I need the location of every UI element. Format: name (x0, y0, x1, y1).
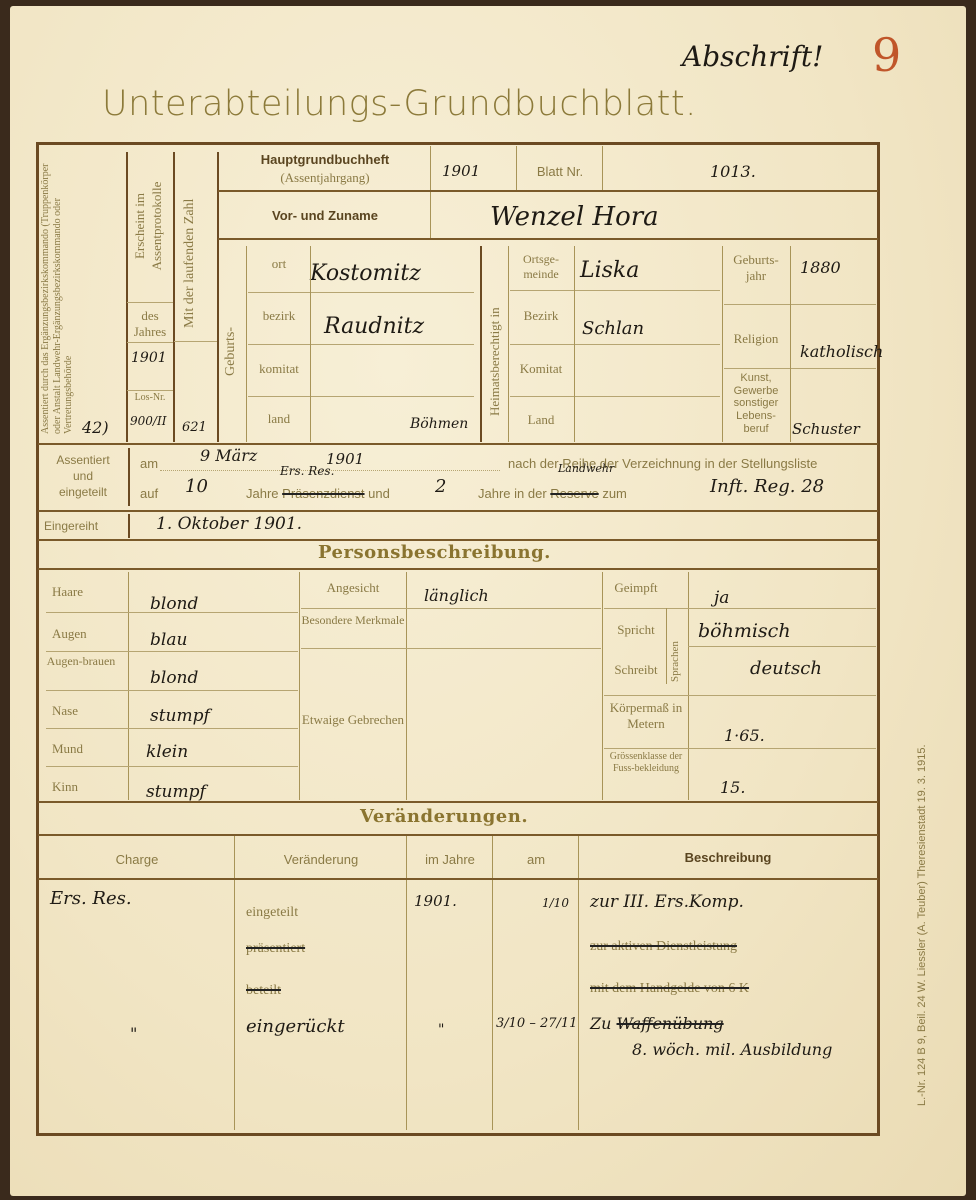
row4-charge: " (130, 1024, 137, 1043)
geburtskomitat-label: komitat (248, 361, 310, 377)
augenbrauen-label: Augen-brauen (46, 654, 116, 669)
am-value: 9 März (200, 446, 257, 465)
laufende-zahl-label: Mit der laufenden Zahl (182, 199, 198, 328)
rule (127, 342, 173, 343)
divider (666, 608, 667, 684)
rule (38, 443, 878, 445)
eingereiht-value: 1. Oktober 1901. (156, 514, 302, 534)
koerpermass-label: Körpermaß in Metern (604, 700, 688, 733)
des-jahres-value: 1901 (131, 350, 167, 366)
divider (128, 448, 130, 506)
praesenzdienst-text: Jahre Präsenzdienst und (246, 486, 390, 502)
nase-label: Nase (52, 703, 78, 719)
rule (248, 396, 474, 397)
column-header-jahr: im Jahre (408, 852, 492, 868)
auf-value: 10 (185, 476, 208, 497)
abschrift-annotation: Abschrift! (682, 40, 823, 73)
divider (602, 572, 603, 800)
reserve-text: Jahre in der Reserve zum (478, 486, 627, 502)
geburtsland-value: Böhmen (410, 416, 468, 432)
divider (602, 146, 603, 190)
assentiert-durch-note: Assentiert durch das Ergänzungsbezirksko… (40, 144, 75, 434)
rule (127, 302, 173, 303)
row1-beschreibung: zur III. Ers.Komp. (590, 892, 744, 912)
assentprotokolle-label: Erscheint im Assentprotokolle (132, 156, 166, 296)
row4-jahr: " (438, 1022, 444, 1038)
divider (516, 146, 517, 190)
row3-veraenderung: beteilt (246, 982, 281, 1000)
rule (688, 646, 876, 647)
name-label: Vor- und Zuname (220, 208, 430, 224)
rule (510, 290, 720, 291)
geburtsbezirk-label: bezirk (248, 308, 310, 324)
nase-value: stumpf (150, 706, 210, 726)
geburtsbezirk-value: Raudnitz (324, 314, 424, 339)
rule (604, 695, 876, 696)
religion-label: Religion (724, 331, 788, 347)
column-header-charge: Charge (40, 852, 234, 868)
rule (510, 344, 720, 345)
beruf-value: Schuster (792, 420, 860, 438)
document-page: Unterabteilungs-Grundbuchblatt. Abschrif… (10, 6, 966, 1196)
divider (406, 572, 407, 800)
augen-value: blau (150, 630, 187, 650)
geimpft-value: ja (714, 588, 729, 608)
reserve-years: 2 (435, 476, 446, 497)
divider (234, 836, 235, 1130)
ortsgemeinde-value: Liska (580, 258, 639, 283)
beruf-label: Kunst, Gewerbe sonstiger Lebens-beruf (724, 372, 788, 435)
rule (510, 396, 720, 397)
row1-veraenderung: eingeteilt (246, 904, 298, 922)
divider (688, 572, 689, 800)
auf-note: Ers. Res. (280, 464, 334, 478)
des-jahres-label: des Jahres (127, 308, 173, 341)
gebrechen-label: Etwaige Gebrechen (301, 710, 405, 731)
rule (38, 539, 878, 541)
spricht-value: böhmisch (698, 620, 791, 642)
kinn-value: stumpf (146, 782, 206, 802)
divider (217, 152, 219, 442)
ortsgemeinde-label: Ortsge-meinde (510, 252, 572, 282)
sprachen-label: Sprachen (669, 641, 681, 682)
angesicht-label: Angesicht (301, 580, 405, 596)
divider (722, 246, 723, 442)
divider (480, 246, 482, 442)
rule (46, 728, 298, 729)
row1-charge: Ers. Res. (50, 888, 132, 909)
rule (248, 344, 474, 345)
am-label: am (140, 456, 158, 472)
spricht-label: Spricht (606, 622, 666, 638)
veraenderungen-title: Veränderungen. (360, 806, 528, 827)
rule (301, 608, 601, 609)
divider (128, 514, 130, 538)
mund-label: Mund (52, 741, 83, 757)
page-number: 9 (872, 28, 901, 82)
zum-value: Inft. Reg. 28 (710, 476, 824, 497)
rule (38, 834, 878, 836)
row1-jahr: 1901. (414, 892, 457, 910)
rule (301, 648, 601, 649)
merkmale-label: Besondere Merkmale (301, 613, 405, 628)
heimat-land-label: Land (510, 412, 572, 428)
rule (46, 651, 298, 652)
divider (173, 152, 175, 442)
rule (46, 690, 298, 691)
divider (574, 246, 575, 442)
blatt-nr-value: 1013. (710, 162, 756, 181)
reserve-note: Landwehr (558, 462, 614, 475)
rule (724, 368, 876, 369)
left-handwritten-number: 42) (82, 418, 109, 437)
row4-veraenderung: eingerückt (246, 1016, 345, 1037)
rule (218, 238, 878, 240)
row3-beschreibung: mit dem Handgelde von 6 K (590, 980, 749, 998)
augenbrauen-value: blond (150, 668, 198, 688)
heimat-bezirk-value: Schlan (582, 318, 644, 339)
row4-beschreibung-line1: Zu Waffenübung (590, 1014, 724, 1033)
koerpermass-value: 1·65. (724, 726, 765, 745)
row4-am: 3/10 – 27/11 (496, 1016, 577, 1031)
assentjahrgang-label: (Assentjahrgang) (220, 170, 430, 186)
divider (492, 836, 493, 1130)
geburtsjahr-label: Geburts-jahr (724, 252, 788, 285)
kinn-label: Kinn (52, 779, 78, 795)
divider (299, 572, 300, 800)
rule (38, 568, 878, 570)
reihe-text: nach der Reihe der Verzeichnung in der S… (508, 456, 817, 472)
haare-label: Haare (52, 584, 83, 600)
divider (790, 246, 791, 442)
rule (724, 304, 876, 305)
personsbeschreibung-title: Personsbeschreibung. (318, 542, 551, 563)
rule (218, 190, 878, 192)
heimat-group-label: Heimatsberechtigt in (487, 307, 503, 416)
angesicht-value: länglich (424, 586, 489, 605)
geburtsort-value: Kostomitz (310, 261, 421, 286)
divider (508, 246, 509, 442)
rule (46, 766, 298, 767)
groessenklasse-value: 15. (720, 778, 745, 797)
row4-beschreibung-line2: 8. wöch. mil. Ausbildung (632, 1040, 832, 1059)
divider (430, 146, 431, 238)
auf-label: auf (140, 486, 158, 502)
schreibt-value: deutsch (750, 658, 822, 679)
column-header-am: am (494, 852, 578, 868)
rule (38, 510, 878, 512)
heimat-komitat-label: Komitat (510, 361, 572, 377)
los-nr-value: 900/II (130, 414, 166, 428)
mund-value: klein (146, 742, 188, 762)
geburtsort-label: ort (248, 256, 310, 272)
rule (604, 748, 876, 749)
name-value: Wenzel Hora (490, 202, 659, 232)
geburts-group-label: Geburts- (223, 327, 239, 376)
los-nr-label: Los-Nr. (127, 392, 173, 405)
laufende-zahl-value: 621 (182, 420, 207, 435)
divider (310, 246, 311, 442)
form-title: Unterabteilungs-Grundbuchblatt. (102, 84, 697, 124)
row1-am: 1/10 (542, 896, 569, 910)
divider (406, 836, 407, 1130)
printer-imprint: L.-Nr. 124 B 9, Beil. 24 W. Liessler (A.… (916, 744, 928, 1106)
row2-beschreibung: zur aktiven Dienstleistung (590, 938, 737, 956)
groessenklasse-label: Grössenklasse der Fuss-bekleidung (604, 751, 688, 775)
blatt-nr-label: Blatt Nr. (518, 164, 602, 180)
rule (127, 390, 173, 391)
column-header-veraenderung: Veränderung (236, 852, 406, 868)
divider (246, 246, 247, 442)
row2-veraenderung: präsentiert (246, 940, 305, 958)
eingereiht-label: Eingereiht (44, 519, 98, 534)
column-header-beschreibung: Beschreibung (580, 850, 876, 866)
geburtsland-label: land (248, 411, 310, 427)
religion-value: katholisch (800, 342, 883, 361)
rule (46, 612, 298, 613)
assentiert-label: Assentiertundeingeteilt (40, 452, 126, 501)
rule (38, 801, 878, 803)
heimat-bezirk-label: Bezirk (510, 308, 572, 324)
rule (248, 292, 474, 293)
geimpft-label: Geimpft (606, 580, 666, 596)
rule (604, 608, 876, 609)
rule (174, 341, 217, 342)
haare-value: blond (150, 594, 198, 614)
rule (38, 878, 878, 880)
hauptgrundbuchheft-value: 1901 (442, 162, 480, 180)
divider (578, 836, 579, 1130)
augen-label: Augen (52, 626, 87, 642)
geburtsjahr-value: 1880 (800, 258, 841, 277)
schreibt-label: Schreibt (606, 662, 666, 678)
hauptgrundbuchheft-label: Hauptgrundbuchheft (220, 152, 430, 168)
